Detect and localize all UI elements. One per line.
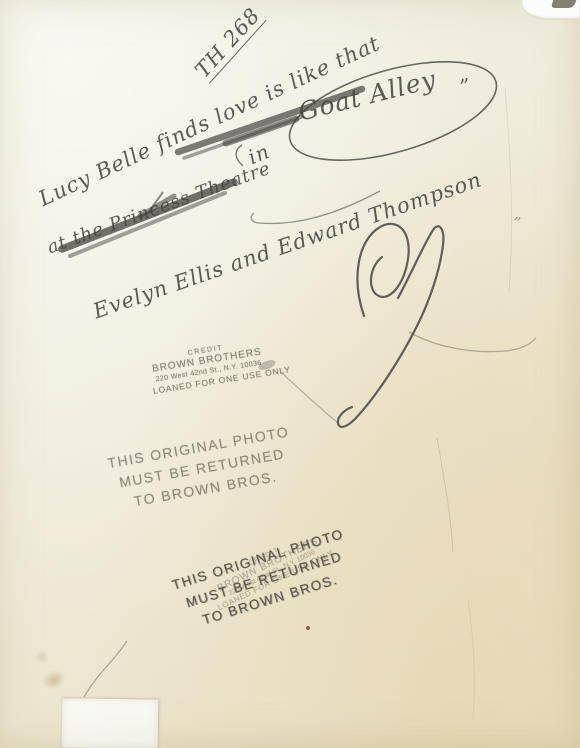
pencil-scribble (338, 226, 443, 427)
stain (40, 667, 68, 693)
tape-fragment (62, 698, 160, 748)
catalog-number: TH 268 (190, 3, 266, 84)
ink-speck (306, 626, 310, 630)
return-stamp: THIS ORIGINAL PHOTO MUST BE RETURNED TO … (100, 420, 304, 516)
crease-line (505, 88, 512, 292)
stain (34, 650, 50, 664)
crease-line (437, 438, 453, 552)
pencil-scribble (357, 224, 408, 316)
crease-line (468, 600, 474, 720)
stray-quote-mark: ” (512, 213, 523, 232)
closing-quote-mark: ” (458, 73, 474, 99)
pencil-curve (84, 641, 127, 697)
pencil-scribble-tail (281, 372, 338, 423)
caption-line-3: Evelyn Ellis and Edward Thompson (90, 167, 485, 323)
pencil-scribble-tail (409, 332, 536, 352)
photo-verso: TH 268 Lucy Belle finds love is like tha… (0, 0, 580, 748)
insertion-caret (236, 145, 243, 166)
return-stamp-double: THIS ORIGINAL PHOTO MUST BE RETURNED TO … (167, 522, 361, 636)
credit-stamp: CREDIT BROWN BROTHERS 220 West 42nd St.,… (148, 338, 269, 396)
